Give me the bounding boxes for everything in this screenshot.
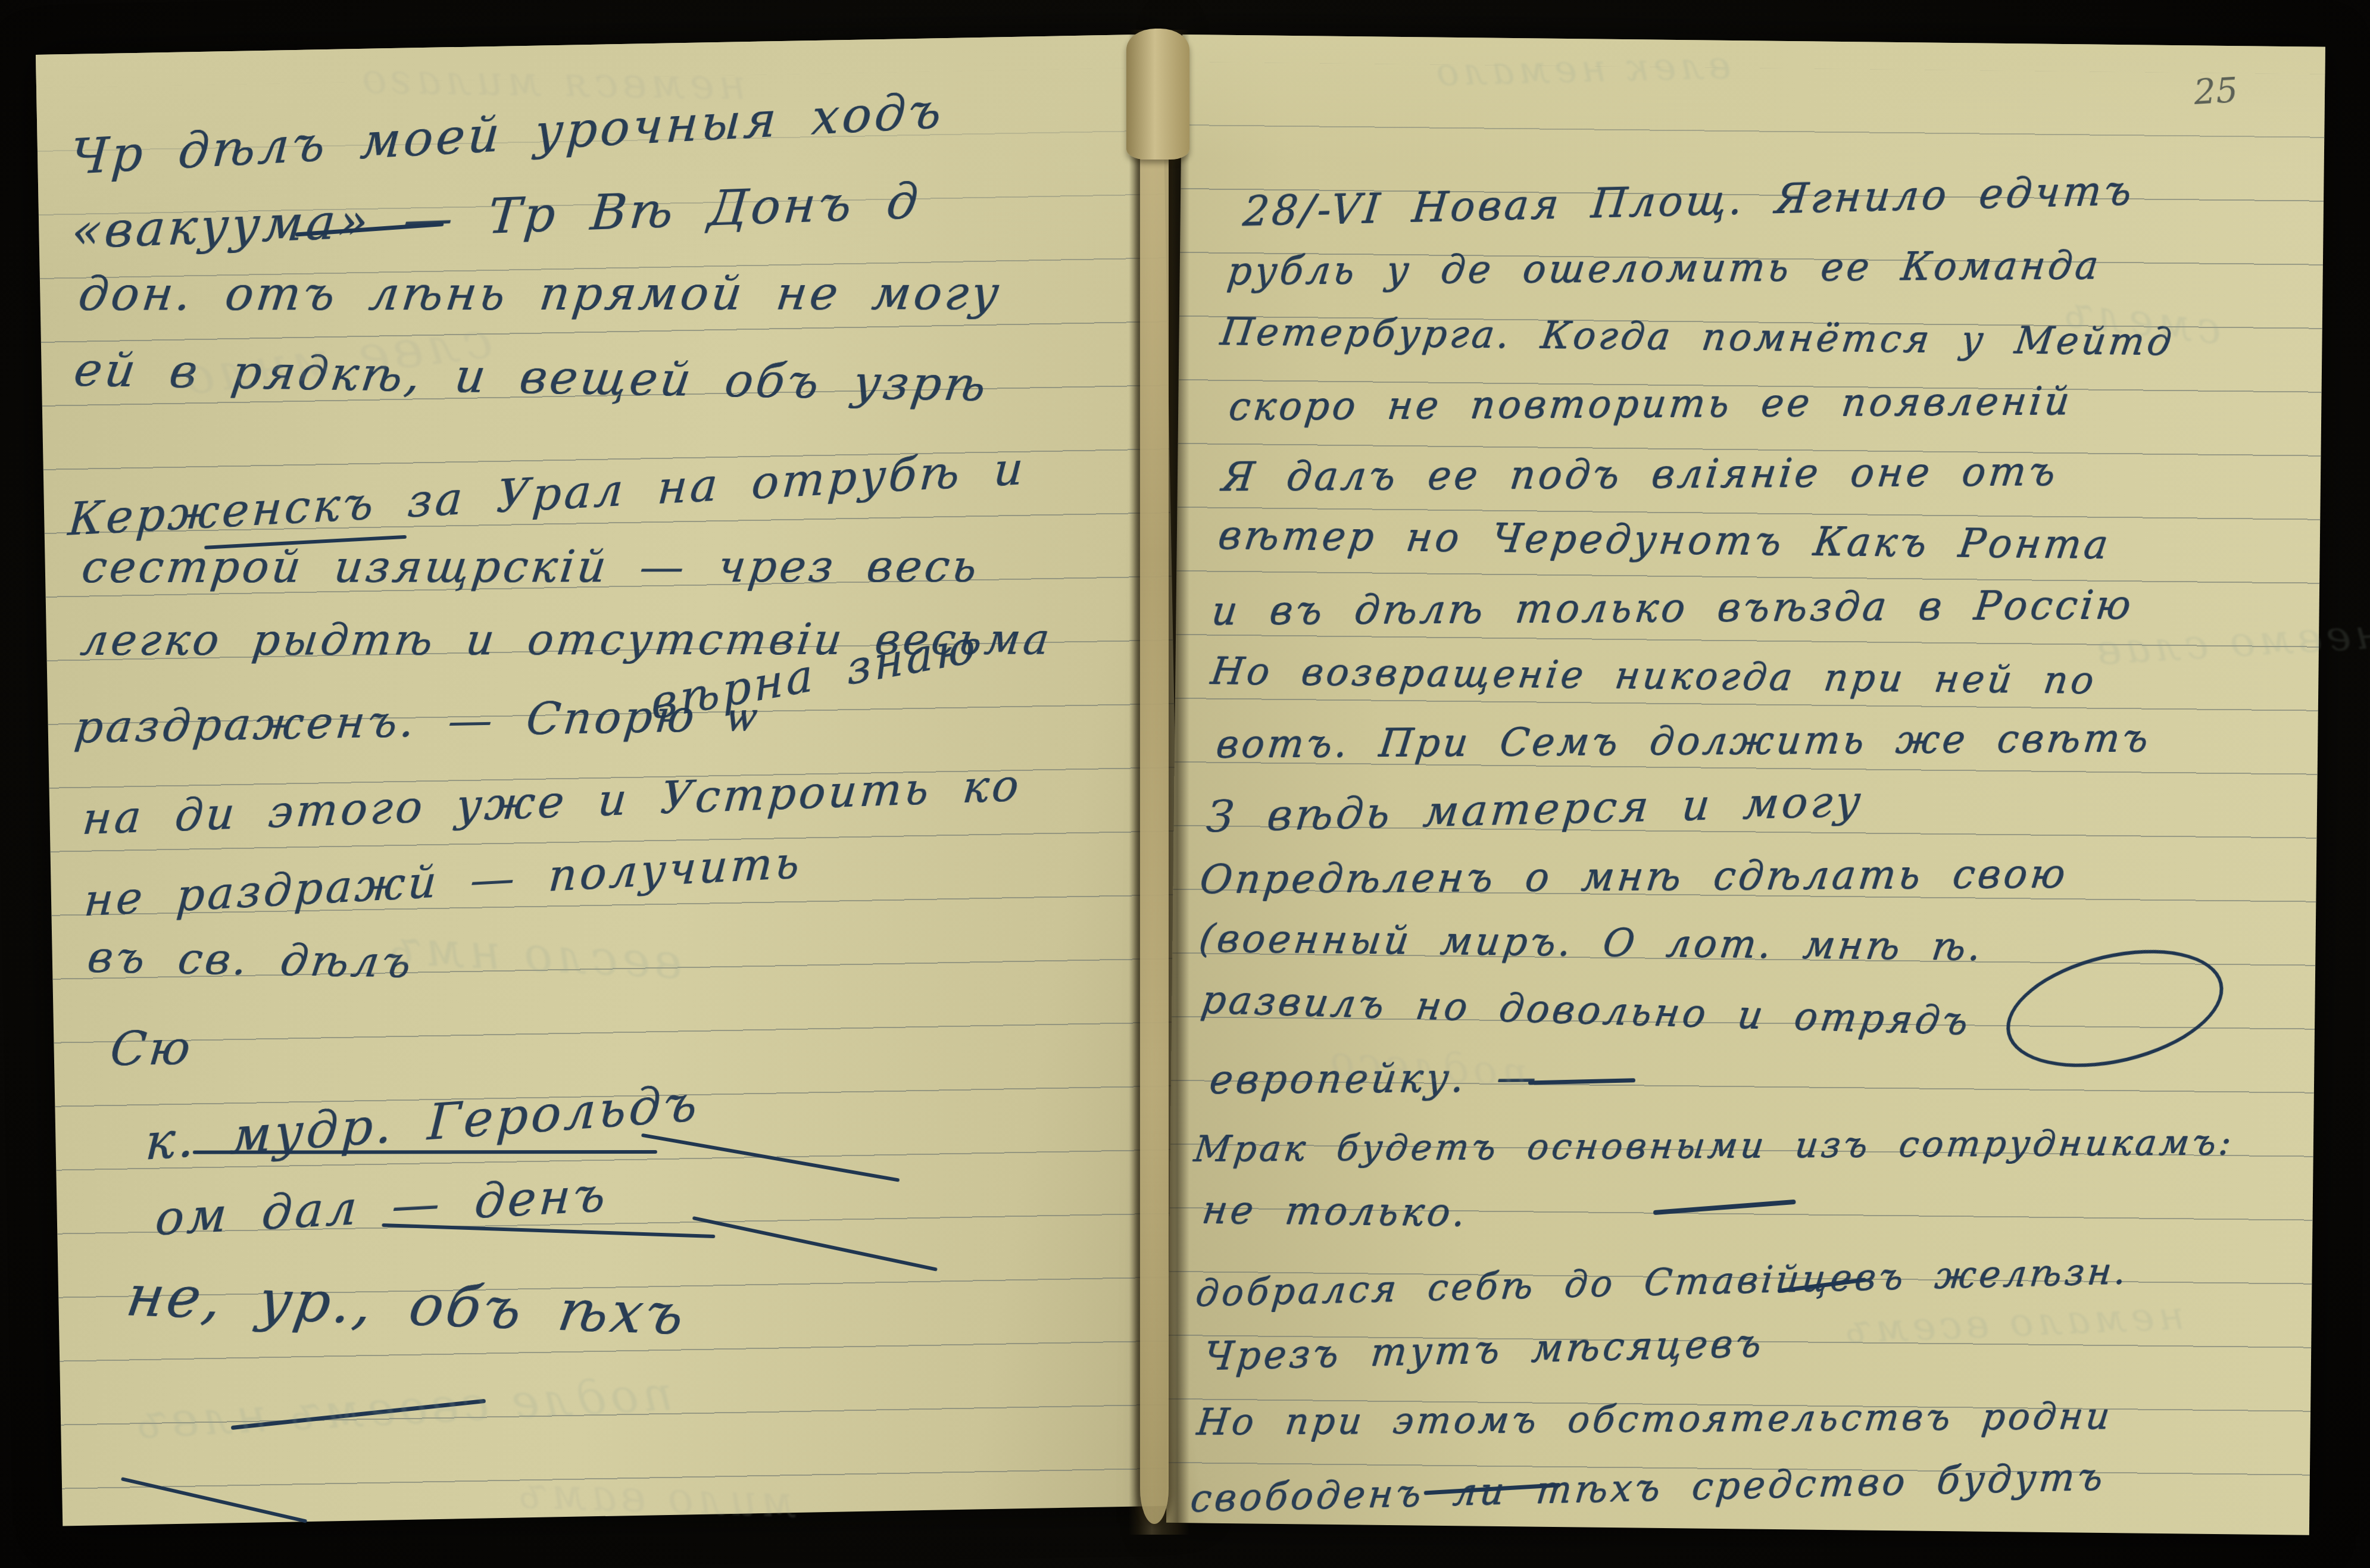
handwriting-line: рубль у де ошеломить ее Команда bbox=[1225, 244, 2104, 294]
ink-stroke bbox=[193, 1150, 657, 1154]
handwriting-line: (военный миръ. О лот. мнѣ ѣ. bbox=[1197, 917, 1987, 969]
handwriting-line: вѣтер но Чередунотъ Какъ Ронта bbox=[1216, 513, 2114, 568]
handwriting-layer-left: Чр дѣлъ моей урочныя ходъ«вакуума» — Тр … bbox=[36, 34, 1189, 1526]
handwriting-line: Я далъ ее подъ вліяніе оне отъ bbox=[1220, 449, 2061, 500]
handwriting-line: З вѣдь матерся и могу bbox=[1204, 776, 1866, 842]
scanned-notebook-spread: Чр дѣлъ моей урочныя ходъ«вакуума» — Тр … bbox=[0, 0, 2370, 1568]
ghost-bleedthrough: влек немало bbox=[1432, 43, 1732, 95]
handwriting-line: Сю bbox=[108, 1021, 196, 1076]
handwriting-line: ом дал — денъ bbox=[154, 1166, 610, 1246]
handwriting-line: 28/-VІ Новая Площ. Ягнило едчтъ bbox=[1241, 167, 2136, 236]
ink-stroke bbox=[641, 1133, 900, 1182]
handwriting-line: Но возвращеніе никогда при ней по bbox=[1209, 649, 2100, 702]
handwriting-line: Керженскъ за Урал на отрубѣ и bbox=[67, 441, 1028, 545]
ghost-bleedthrough: подле своемъ нлвъ bbox=[131, 1367, 674, 1450]
handwriting-line: не раздражй — получить bbox=[82, 836, 804, 926]
handwriting-line: Опредѣленъ о мнѣ сдѣлать свою bbox=[1197, 851, 2071, 902]
right-page: 28/-VІ Новая Площ. Ягнило едчтърубль у д… bbox=[1166, 35, 2325, 1535]
handwriting-line: не, ур., объ ѣхъ bbox=[122, 1264, 691, 1347]
handwriting-line: Мрак будетъ основными изъ сотрудникамъ: bbox=[1192, 1122, 2237, 1170]
ghost-bleedthrough: немало всемъ bbox=[1840, 1292, 2185, 1353]
ghost-bleedthrough: весло нмъ bbox=[385, 919, 684, 990]
ink-stroke bbox=[1528, 1078, 1635, 1085]
handwriting-line: «вакуума» — Тр Вѣ Донъ д bbox=[69, 173, 923, 260]
handwriting-line: вотъ. При Семъ должить же свѣтъ bbox=[1214, 717, 2153, 767]
ink-stroke bbox=[692, 1216, 938, 1272]
ink-stroke bbox=[1653, 1200, 1796, 1215]
handwriting-line: к. мудр. Герольдъ bbox=[144, 1073, 701, 1172]
handwriting-line: дон. отъ лѣнь прямой не могу bbox=[76, 267, 1004, 321]
handwriting-line: въ св. дѣлъ bbox=[85, 932, 417, 987]
handwriting-line: на ди этого уже и Устроить ко bbox=[80, 760, 1024, 845]
handwriting-line: развилъ но довольно и отрядъ bbox=[1198, 978, 1974, 1044]
ink-loop-circle bbox=[1994, 930, 2235, 1086]
handwriting-line: Петербурга. Когда помнётся у Мейтд bbox=[1218, 310, 2177, 364]
handwriting-line: и въ дѣлѣ только въѣзда в Россію bbox=[1209, 582, 2136, 634]
left-page: Чр дѣлъ моей урочныя ходъ«вакуума» — Тр … bbox=[36, 34, 1189, 1526]
page-number: 25 bbox=[2193, 70, 2239, 113]
ghost-bleedthrough: немвся милаго bbox=[357, 54, 746, 110]
handwriting-line: скоро не повторить ее появленій bbox=[1226, 380, 2075, 429]
handwriting-layer-right: 28/-VІ Новая Площ. Ягнило едчтърубль у д… bbox=[1166, 35, 2325, 1535]
ghost-bleedthrough: невмо слав bbox=[2091, 609, 2370, 675]
handwriting-line: не только. bbox=[1200, 1189, 1471, 1236]
handwriting-line: свободенъ ли тѣхъ средство будутъ bbox=[1188, 1455, 2107, 1520]
ghost-bleedthrough: мило вамъ bbox=[514, 1467, 797, 1527]
handwriting-line: Но при этомъ обстоятельствъ родни bbox=[1195, 1395, 2115, 1444]
ink-stroke bbox=[121, 1477, 307, 1523]
handwriting-line: Чрезъ тутъ мѣсяцевъ bbox=[1202, 1322, 1766, 1379]
